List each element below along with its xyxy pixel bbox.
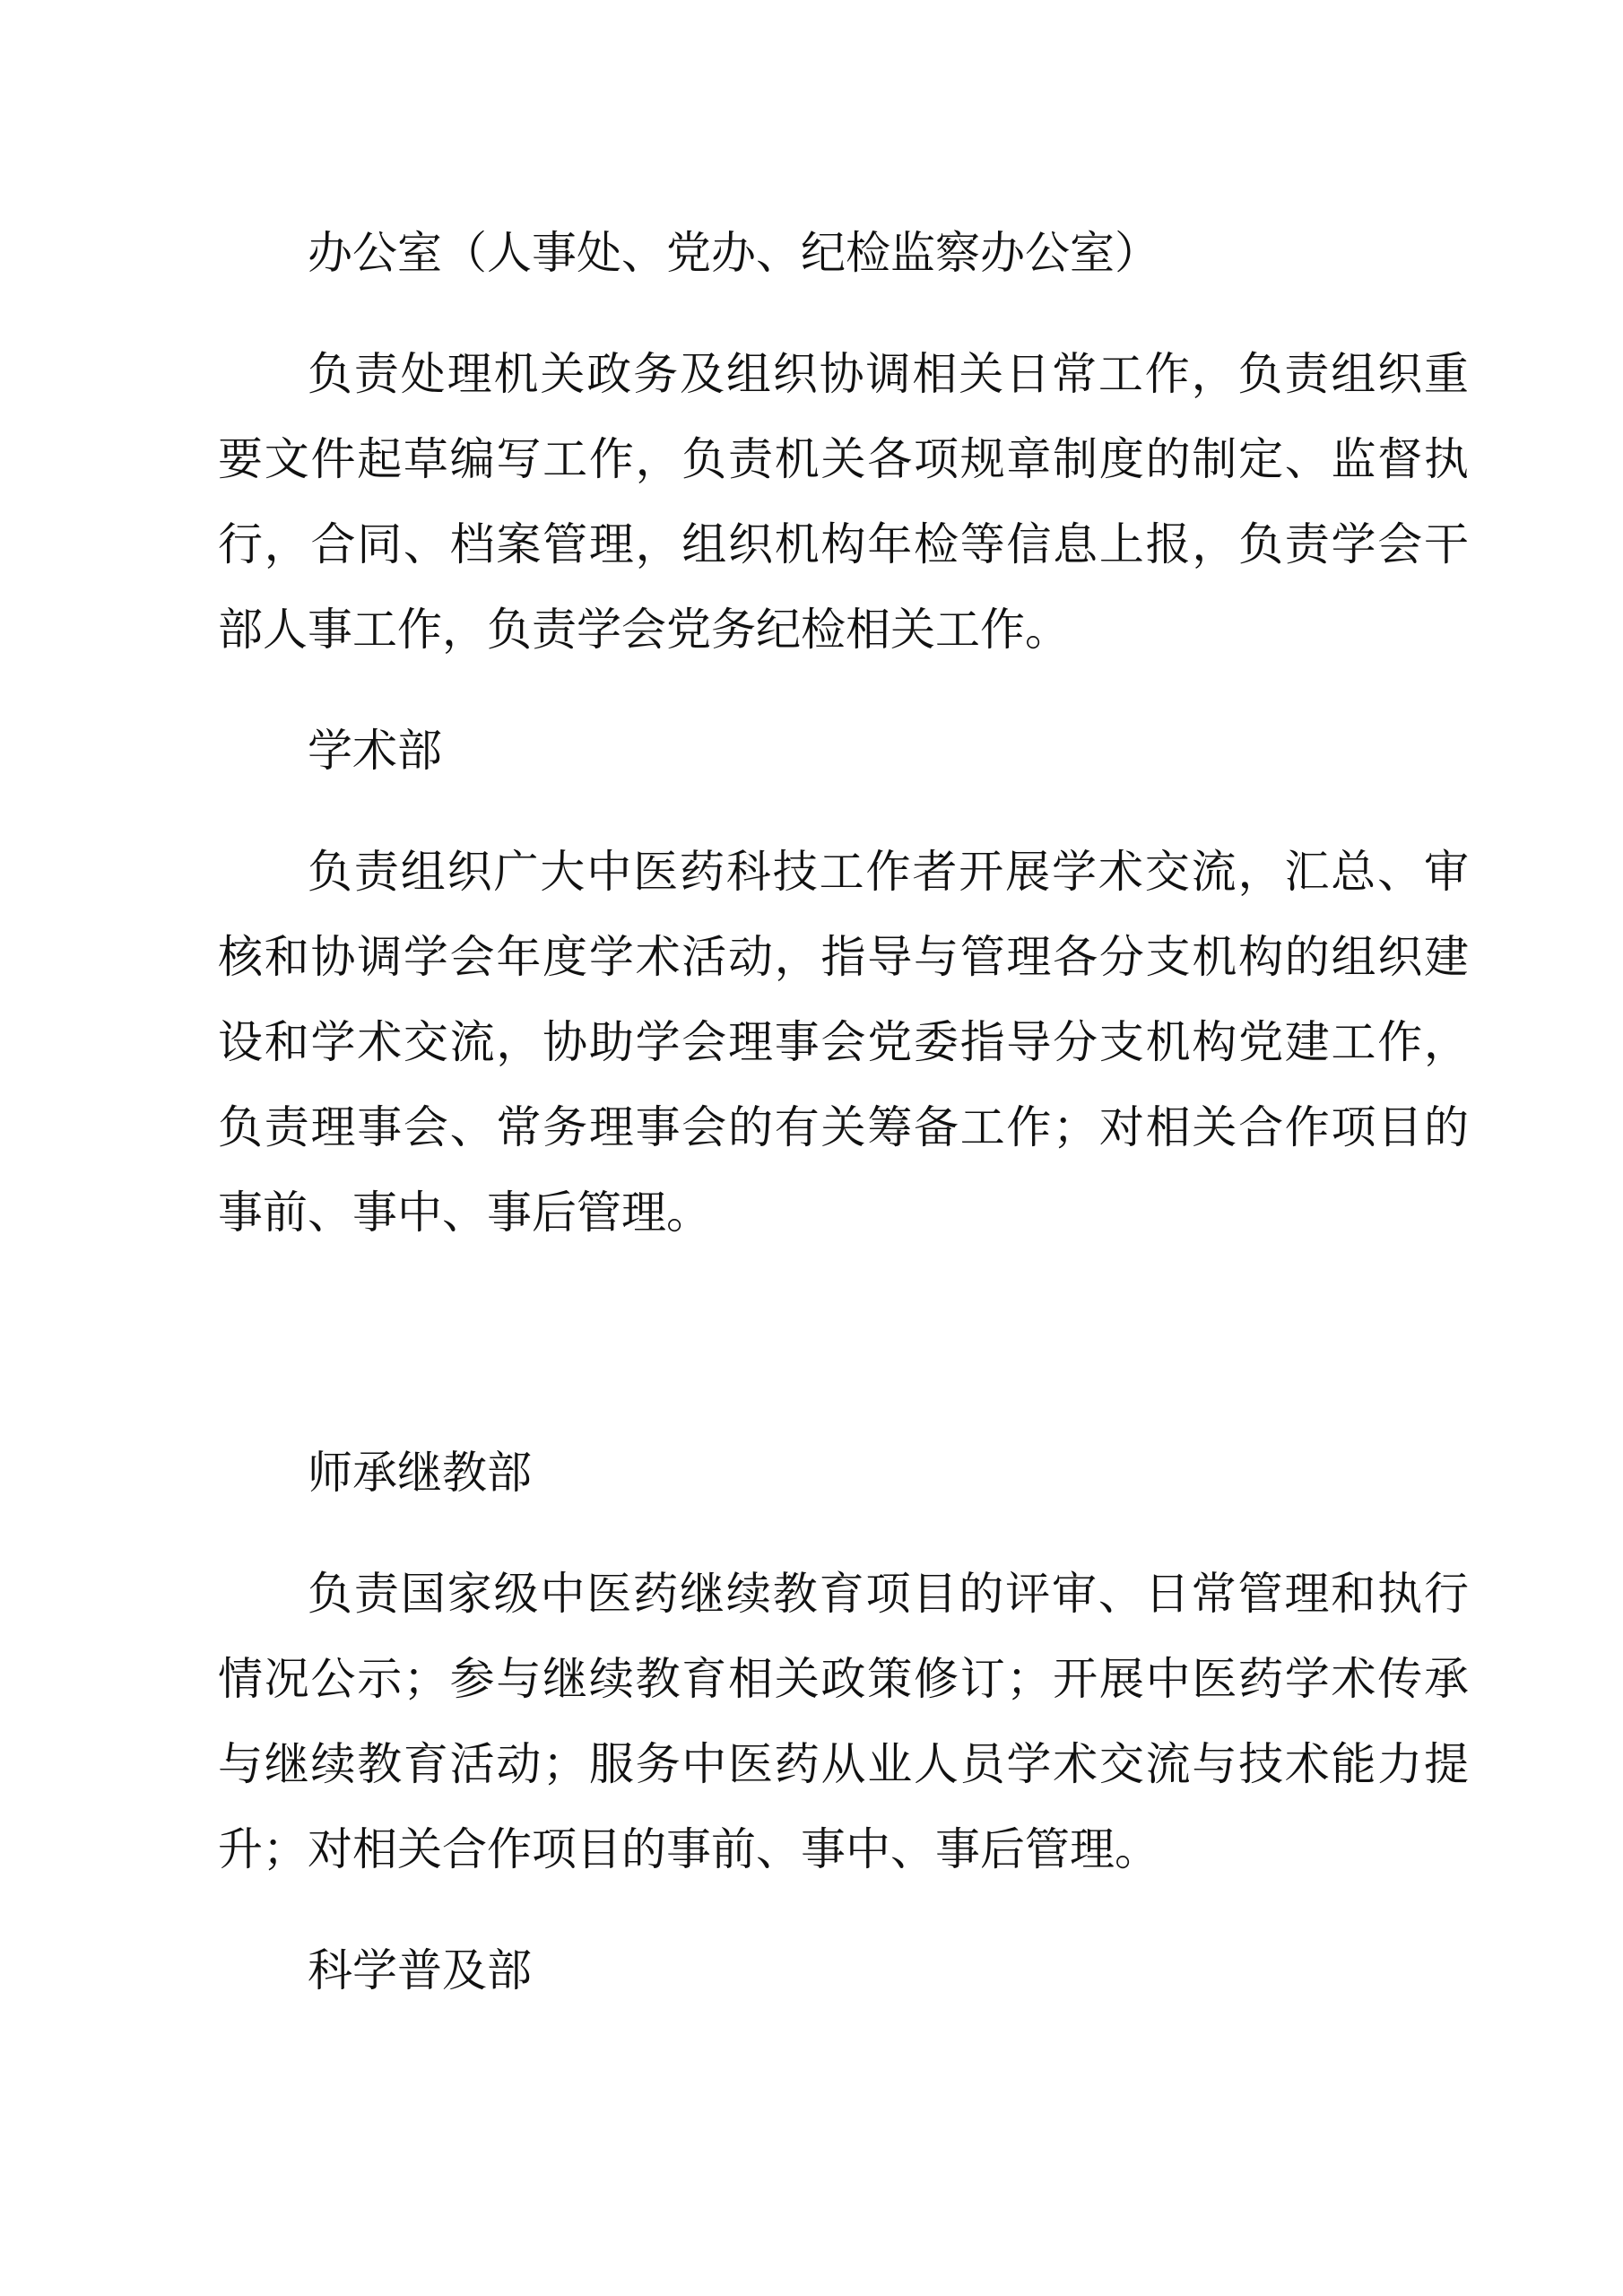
section-heading: 办公室（人事处、党办、纪检监察办公室） — [218, 211, 1469, 296]
body-paragraph: 负责组织广大中医药科技工作者开展学术交流，汇总、审核和协调学会年度学术活动，指导… — [218, 830, 1469, 1256]
body-paragraph: 负责国家级中医药继续教育项目的评审、日常管理和执行情况公示；参与继续教育相关政策… — [218, 1552, 1469, 1892]
section-heading: 师承继教部 — [218, 1431, 1469, 1516]
document-page: 办公室（人事处、党办、纪检监察办公室）负责处理机关政务及组织协调相关日常工作，负… — [0, 0, 1623, 2296]
section-heading: 科学普及部 — [218, 1928, 1469, 2013]
body-paragraph: 负责处理机关政务及组织协调相关日常工作，负责组织重要文件起草编写工作，负责机关各… — [218, 332, 1469, 673]
section-heading: 学术部 — [218, 709, 1469, 794]
document-body: 办公室（人事处、党办、纪检监察办公室）负责处理机关政务及组织协调相关日常工作，负… — [0, 0, 1623, 2013]
blank-line — [218, 1291, 1469, 1395]
